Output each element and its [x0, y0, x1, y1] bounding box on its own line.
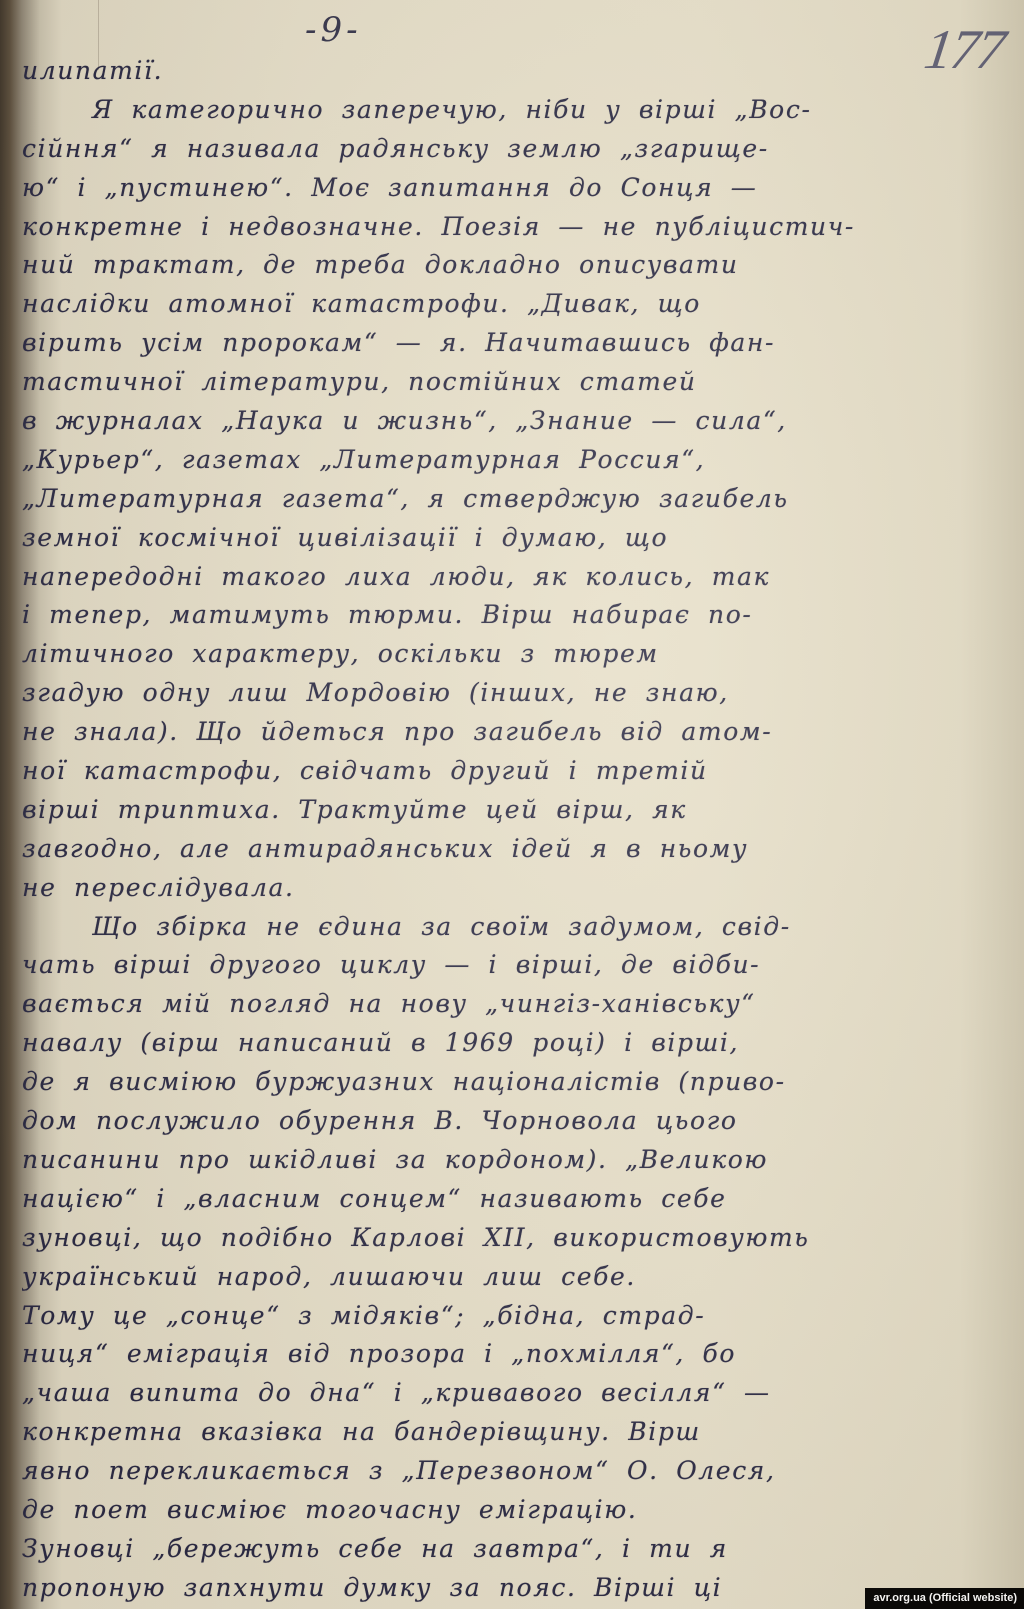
text-line: писанини про шкідливі за кордоном). „Вел… — [22, 1141, 997, 1180]
text-line: Я категорично заперечую, ніби у вірші „В… — [22, 91, 997, 130]
text-line: конкретна вказівка на бандерівщину. Вірш — [22, 1413, 997, 1452]
text-line: і тепер, матимуть тюрми. Вірш набирає по… — [22, 596, 997, 635]
text-line: напередодні такого лиха люди, як колись,… — [22, 558, 997, 597]
text-line: навалу (вірш написаний в 1969 році) і ві… — [22, 1024, 997, 1063]
text-line: вається мій погляд на нову „чингіз-ханів… — [22, 985, 997, 1024]
text-line: де я висміюю буржуазних націоналістів (п… — [22, 1063, 997, 1102]
text-line: вірші триптиха. Трактуйте цей вірш, як — [22, 791, 997, 830]
text-line: Зуновці „бережуть себе на завтра“, і ти … — [22, 1530, 997, 1569]
text-line: згадую одну лиш Мордовію (інших, не знаю… — [22, 674, 997, 713]
source-watermark: avr.org.ua (Official website) — [865, 1588, 1024, 1609]
text-line: український народ, лишаючи лиш себе. — [22, 1258, 997, 1297]
text-line: „чаша випита до дна“ і „кривавого весілл… — [22, 1374, 997, 1413]
text-line: в журналах „Наука и жизнь“, „Знание — си… — [22, 402, 997, 441]
text-line: тастичної літератури, постійних статей — [22, 363, 997, 402]
text-line: дом послужило обурення В. Чорновола цьог… — [22, 1102, 997, 1141]
text-line: ю“ і „пустинею“. Моє запитання до Сонця … — [22, 169, 997, 208]
text-line: конкретне і недвозначне. Поезія — не пуб… — [22, 208, 997, 247]
text-line: пропоную запхнути думку за пояс. Вірші ц… — [22, 1569, 997, 1608]
text-line: не знала). Що йдеться про загибель від а… — [22, 713, 997, 752]
text-line: ної катастрофи, свідчать другий і третій — [22, 752, 997, 791]
text-line: чать вірші другого циклу — і вірші, де в… — [22, 946, 997, 985]
manuscript-page: -9- 177 илипатії.Я категорично заперечую… — [0, 0, 1024, 1609]
text-line: сійння“ я називала радянську землю „згар… — [22, 130, 997, 169]
text-line: нацією“ і „власним сонцем“ називають себ… — [22, 1180, 997, 1219]
text-line: земної космічної цивілізації і думаю, що — [22, 519, 997, 558]
text-line: ний трактат, де треба докладно описувати — [22, 246, 997, 285]
handwritten-text-body: илипатії.Я категорично заперечую, ніби у… — [22, 52, 997, 1608]
text-line: Що збірка не єдина за своїм задумом, сві… — [22, 908, 997, 947]
text-line: явно перекликається з „Перезвоном“ О. Ол… — [22, 1452, 997, 1491]
text-line: „Курьер“, газетах „Литературная Россия“, — [22, 441, 997, 480]
page-number: -9- — [305, 10, 362, 50]
text-line: не переслідувала. — [22, 869, 997, 908]
text-line: наслідки атомної катастрофи. „Дивак, що — [22, 285, 997, 324]
text-line: „Литературная газета“, я стверджую загиб… — [22, 480, 997, 519]
text-line: илипатії. — [22, 52, 997, 91]
text-line: вірить усім пророкам“ — я. Начитавшись ф… — [22, 324, 997, 363]
text-line: ниця“ еміграція від прозора і „похмілля“… — [22, 1335, 997, 1374]
text-line: Тому це „сонце“ з мідяків“; „бідна, стра… — [22, 1297, 997, 1336]
text-line: завгодно, але антирадянських ідей я в нь… — [22, 830, 997, 869]
text-line: літичного характеру, оскільки з тюрем — [22, 635, 997, 674]
text-line: зуновці, що подібно Карлові XII, викорис… — [22, 1219, 997, 1258]
text-line: де поет висміює тогочасну еміграцію. — [22, 1491, 997, 1530]
